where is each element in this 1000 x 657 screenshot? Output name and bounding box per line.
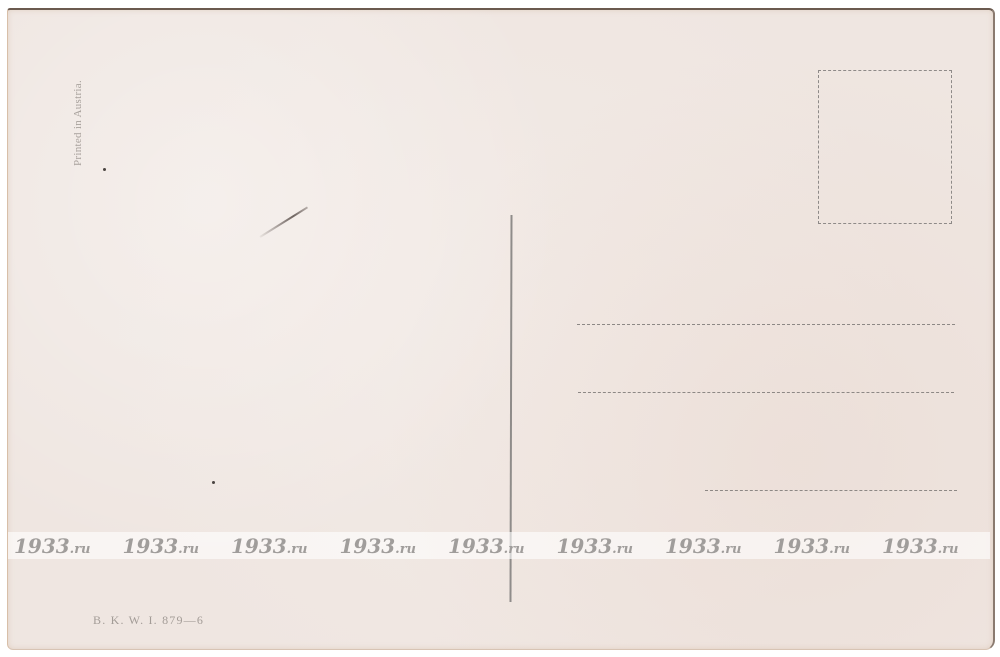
stamp-box xyxy=(818,70,952,224)
printed-note-text: Printed in Austria. xyxy=(72,79,84,165)
watermark-text: 1933.ru xyxy=(117,534,226,558)
address-line-3 xyxy=(705,490,957,491)
watermark-band: 1933.ru 1933.ru 1933.ru 1933.ru 1933.ru … xyxy=(8,532,990,559)
watermark-text: 1933.ru xyxy=(876,534,985,558)
watermark-text: 1933.ru xyxy=(225,534,334,558)
watermark-text: 1933.ru xyxy=(768,534,877,558)
ink-speck xyxy=(103,168,106,171)
watermark-text: 1933.ru xyxy=(551,534,660,558)
printed-in-austria-label: Printed in Austria. xyxy=(68,60,88,185)
watermark-text: 1933.ru xyxy=(8,534,117,558)
watermark-text: 1933.ru xyxy=(334,534,443,558)
address-line-2 xyxy=(578,392,954,393)
address-line-1 xyxy=(577,324,955,325)
publisher-code: B. K. W. I. 879—6 xyxy=(93,613,204,628)
ink-speck xyxy=(212,481,215,484)
watermark-text: 1933.ru xyxy=(442,534,551,558)
watermark-text: 1933.ru xyxy=(659,534,768,558)
